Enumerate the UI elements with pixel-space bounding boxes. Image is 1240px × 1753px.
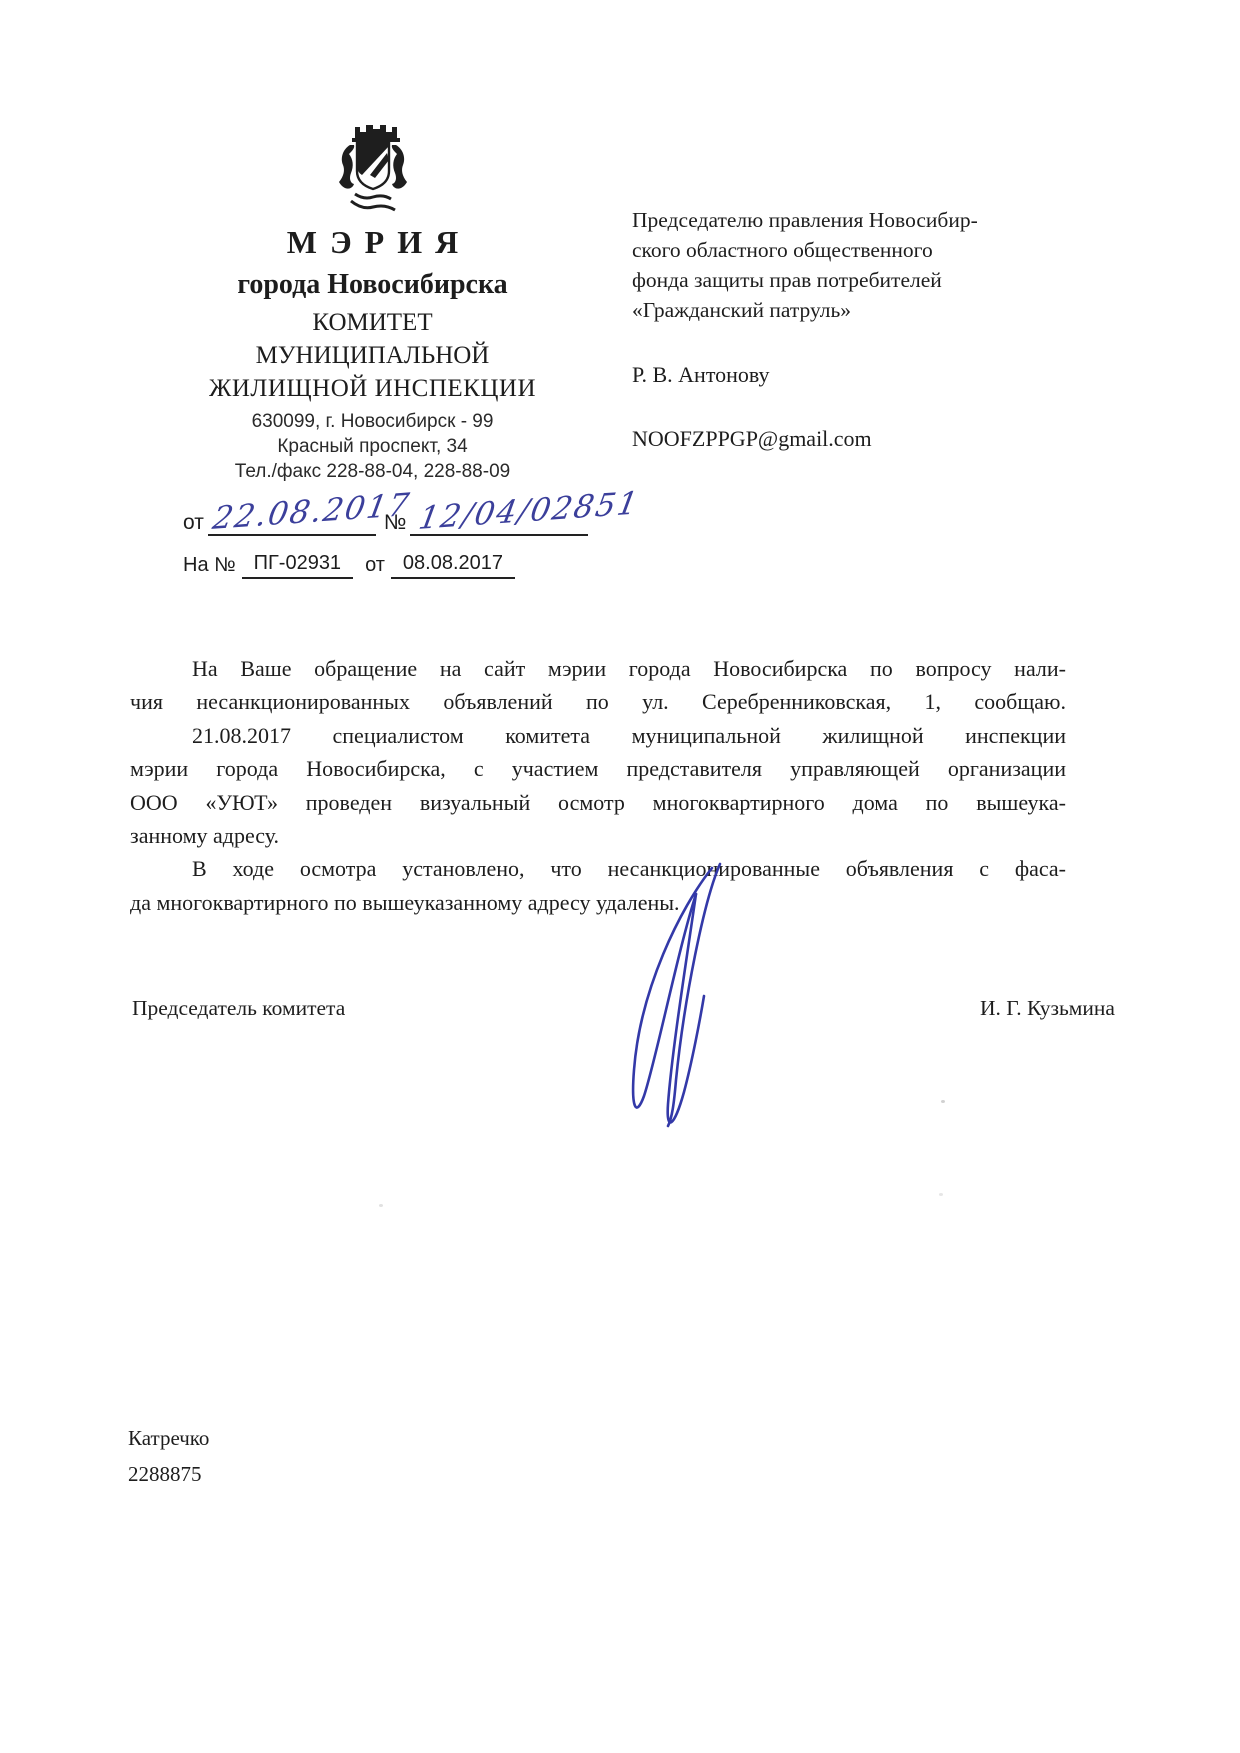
- scanned-letter-page: МЭРИЯ города Новосибирска КОМИТЕТ МУНИЦИ…: [0, 0, 1240, 1753]
- scan-speck: [939, 1193, 943, 1196]
- reply-from-label: от: [353, 554, 391, 579]
- body-line: ООО «УЮТ» проведен визуальный осмотр мно…: [130, 786, 1066, 819]
- addressee-line: фонда защиты прав потребителей: [632, 265, 1072, 295]
- committee-line-2: МУНИЦИПАЛЬНОЙ: [150, 342, 595, 370]
- number-blank-line: 12/04/02851: [410, 500, 588, 536]
- addressee-line: «Гражданский патруль»: [632, 295, 1072, 325]
- scan-speck: [941, 1100, 945, 1103]
- signer-name: И. Г. Кузьмина: [980, 996, 1115, 1021]
- org-name-secondary: города Новосибирска: [150, 269, 595, 301]
- body-line: На Ваше обращение на сайт мэрии города Н…: [130, 652, 1066, 685]
- postal-address-line: 630099, г. Новосибирск - 99: [150, 411, 595, 433]
- body-line: мэрии города Новосибирска, с участием пр…: [130, 752, 1066, 785]
- pen-signature-icon: [600, 860, 770, 1145]
- incoming-date: 08.08.2017: [391, 552, 515, 579]
- org-name-primary: МЭРИЯ: [150, 224, 595, 261]
- body-line: да многоквартирного по вышеуказанному ад…: [130, 886, 1066, 919]
- from-label: от: [183, 511, 208, 536]
- scan-speck: [379, 1204, 383, 1207]
- addressee-line: ского областного общественного: [632, 235, 1072, 265]
- body-line: В ходе осмотра установлено, что несанкци…: [130, 852, 1066, 885]
- date-blank-line: 22.08.2017: [208, 500, 376, 536]
- committee-line-3: ЖИЛИЩНОЙ ИНСПЕКЦИИ: [150, 375, 595, 403]
- body-line: занному адресу.: [130, 819, 1066, 852]
- emblem-wrap: [325, 118, 421, 223]
- letter-body: На Ваше обращение на сайт мэрии города Н…: [130, 652, 1066, 919]
- novosibirsk-coat-of-arms-icon: [325, 118, 421, 218]
- addressee-line: Председателю правления Новосибир-: [632, 205, 1072, 235]
- signer-position-title: Председатель комитета: [132, 996, 345, 1021]
- incoming-number: ПГ-02931: [242, 552, 353, 579]
- addressee-name: Р. В. Антонову: [632, 362, 770, 388]
- body-line: чия несанкционированных объявлений по ул…: [130, 685, 1066, 718]
- addressee-block: Председателю правления Новосибир- ского …: [632, 205, 1072, 325]
- executor-phone: 2288875: [128, 1462, 202, 1487]
- addressee-email: NOOFZPPGP@gmail.com: [632, 426, 872, 452]
- executor-name: Катречко: [128, 1426, 209, 1451]
- committee-line-1: КОМИТЕТ: [150, 309, 595, 337]
- outgoing-reference-row: от 22.08.2017 № 12/04/02851: [183, 502, 588, 536]
- street-address-line: Красный проспект, 34: [150, 436, 595, 458]
- incoming-reference-row: На № ПГ-02931 от 08.08.2017: [183, 552, 515, 579]
- reply-prefix-label: На №: [183, 554, 242, 579]
- phone-fax-line: Тел./факс 228-88-04, 228-88-09: [150, 461, 595, 483]
- body-line: 21.08.2017 специалистом комитета муницип…: [130, 719, 1066, 752]
